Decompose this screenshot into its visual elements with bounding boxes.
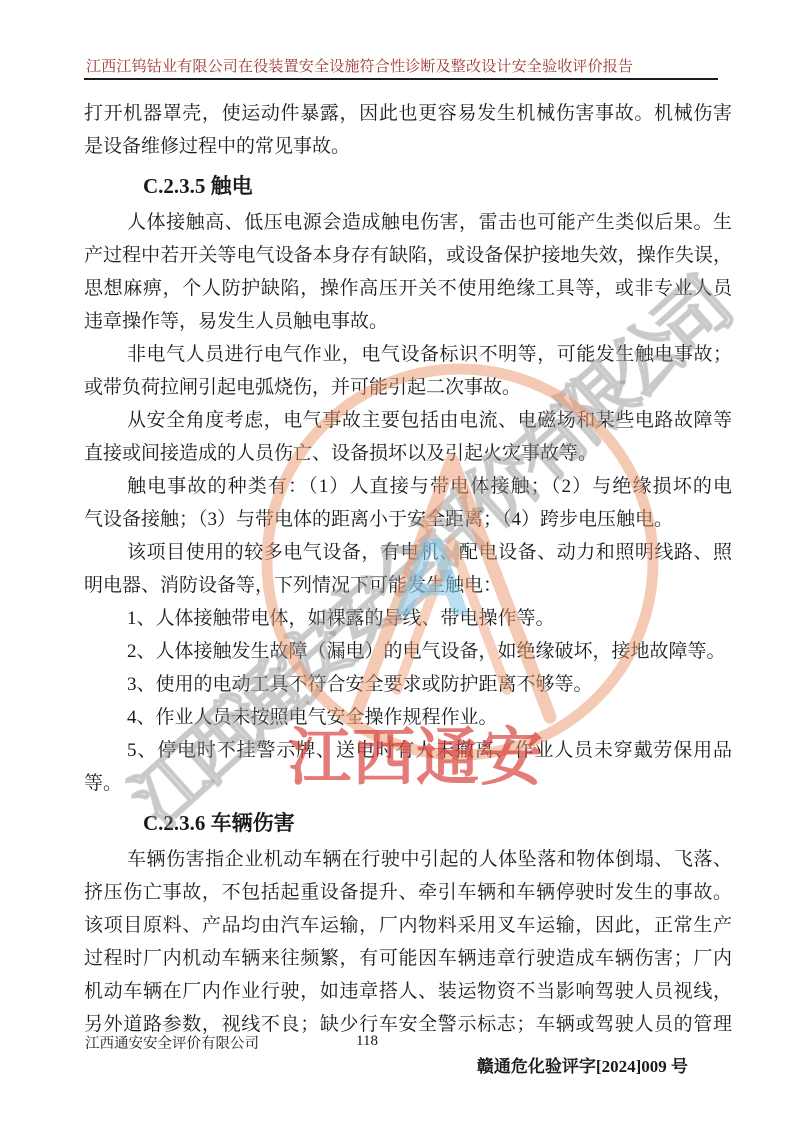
text-line: 5、停电时不挂警示牌、送电时有人未撤离、作业人员未穿戴劳保用品 [84, 734, 732, 767]
footer-page-number: 118 [356, 1033, 378, 1050]
text-line: 该项目使用的较多电气设备，有电机、配电设备、动力和照明线路、照 [84, 536, 732, 569]
report-page: 江西通安安全评价有限公司 A 江西通安 江西江钨钴业有限公司在役装置安全设施符合… [0, 0, 800, 1131]
text-line: 机动车辆在厂内作业行驶，如违章搭人、装运物资不当影响驾驶人员视线， [84, 975, 732, 1008]
footer-company: 江西通安安全评价有限公司 [85, 1032, 259, 1053]
header-title: 江西江钨钴业有限公司在役装置安全设施符合性诊断及整改设计安全验收评价报告 [86, 55, 734, 76]
text-line: 等。 [84, 767, 732, 800]
text-line: 触电事故的种类有：（1）人直接与带电体接触；（2）与绝缘损坏的电 [84, 470, 732, 503]
text-line: C.2.3.6 车辆伤害 [84, 807, 732, 840]
text-line: 或带负荷拉闸引起电弧烧伤，并可能引起二次事故。 [84, 371, 732, 404]
text-line: 是设备维修过程中的常见事故。 [84, 130, 732, 163]
text-line: 车辆伤害指企业机动车辆在行驶中引起的人体坠落和物体倒塌、飞落、 [84, 843, 732, 876]
text-line: 2、人体接触发生故障（漏电）的电气设备，如绝缘破坏，接地故障等。 [84, 635, 732, 668]
text-line: 从安全角度考虑，电气事故主要包括由电流、电磁场和某些电路故障等 [84, 404, 732, 437]
text-line: 该项目原料、产品均由汽车运输，厂内物料采用叉车运输，因此，正常生产 [84, 909, 732, 942]
text-line: 思想麻痹，个人防护缺陷，操作高压开关不使用绝缘工具等，或非专业人员 [84, 272, 732, 305]
header-rule [84, 78, 718, 80]
text-line: 打开机器罩壳，使运动件暴露，因此也更容易发生机械伤害事故。机械伤害 [84, 97, 732, 130]
document-body: 打开机器罩壳，使运动件暴露，因此也更容易发生机械伤害事故。机械伤害是设备维修过程… [84, 97, 732, 1041]
text-line: 违章操作等，易发生人员触电事故。 [84, 305, 732, 338]
text-line: 气设备接触；（3）与带电体的距离小于安全距离；（4）跨步电压触电。 [84, 503, 732, 536]
text-line: 产过程中若开关等电气设备本身存有缺陷，或设备保护接地失效，操作失误， [84, 239, 732, 272]
text-line: 直接或间接造成的人员伤亡、设备损坏以及引起火灾事故等。 [84, 437, 732, 470]
text-line: 挤压伤亡事故，不包括起重设备提升、牵引车辆和车辆停驶时发生的事故。 [84, 876, 732, 909]
footer-doc-number: 赣通危化验评字[2024]009 号 [477, 1052, 688, 1077]
text-line: C.2.3.5 触电 [84, 170, 732, 203]
text-line: 1、人体接触带电体，如裸露的导线、带电操作等。 [84, 602, 732, 635]
text-line: 明电器、消防设备等，下列情况下可能发生触电： [84, 569, 732, 602]
text-line: 非电气人员进行电气作业，电气设备标识不明等，可能发生触电事故； [84, 338, 732, 371]
text-line: 过程时厂内机动车辆来往频繁，有可能因车辆违章行驶造成车辆伤害；厂内 [84, 942, 732, 975]
text-line: 人体接触高、低压电源会造成触电伤害，雷击也可能产生类似后果。生 [84, 206, 732, 239]
text-line: 3、使用的电动工具不符合安全要求或防护距离不够等。 [84, 668, 732, 701]
text-line: 4、作业人员未按照电气安全操作规程作业。 [84, 701, 732, 734]
